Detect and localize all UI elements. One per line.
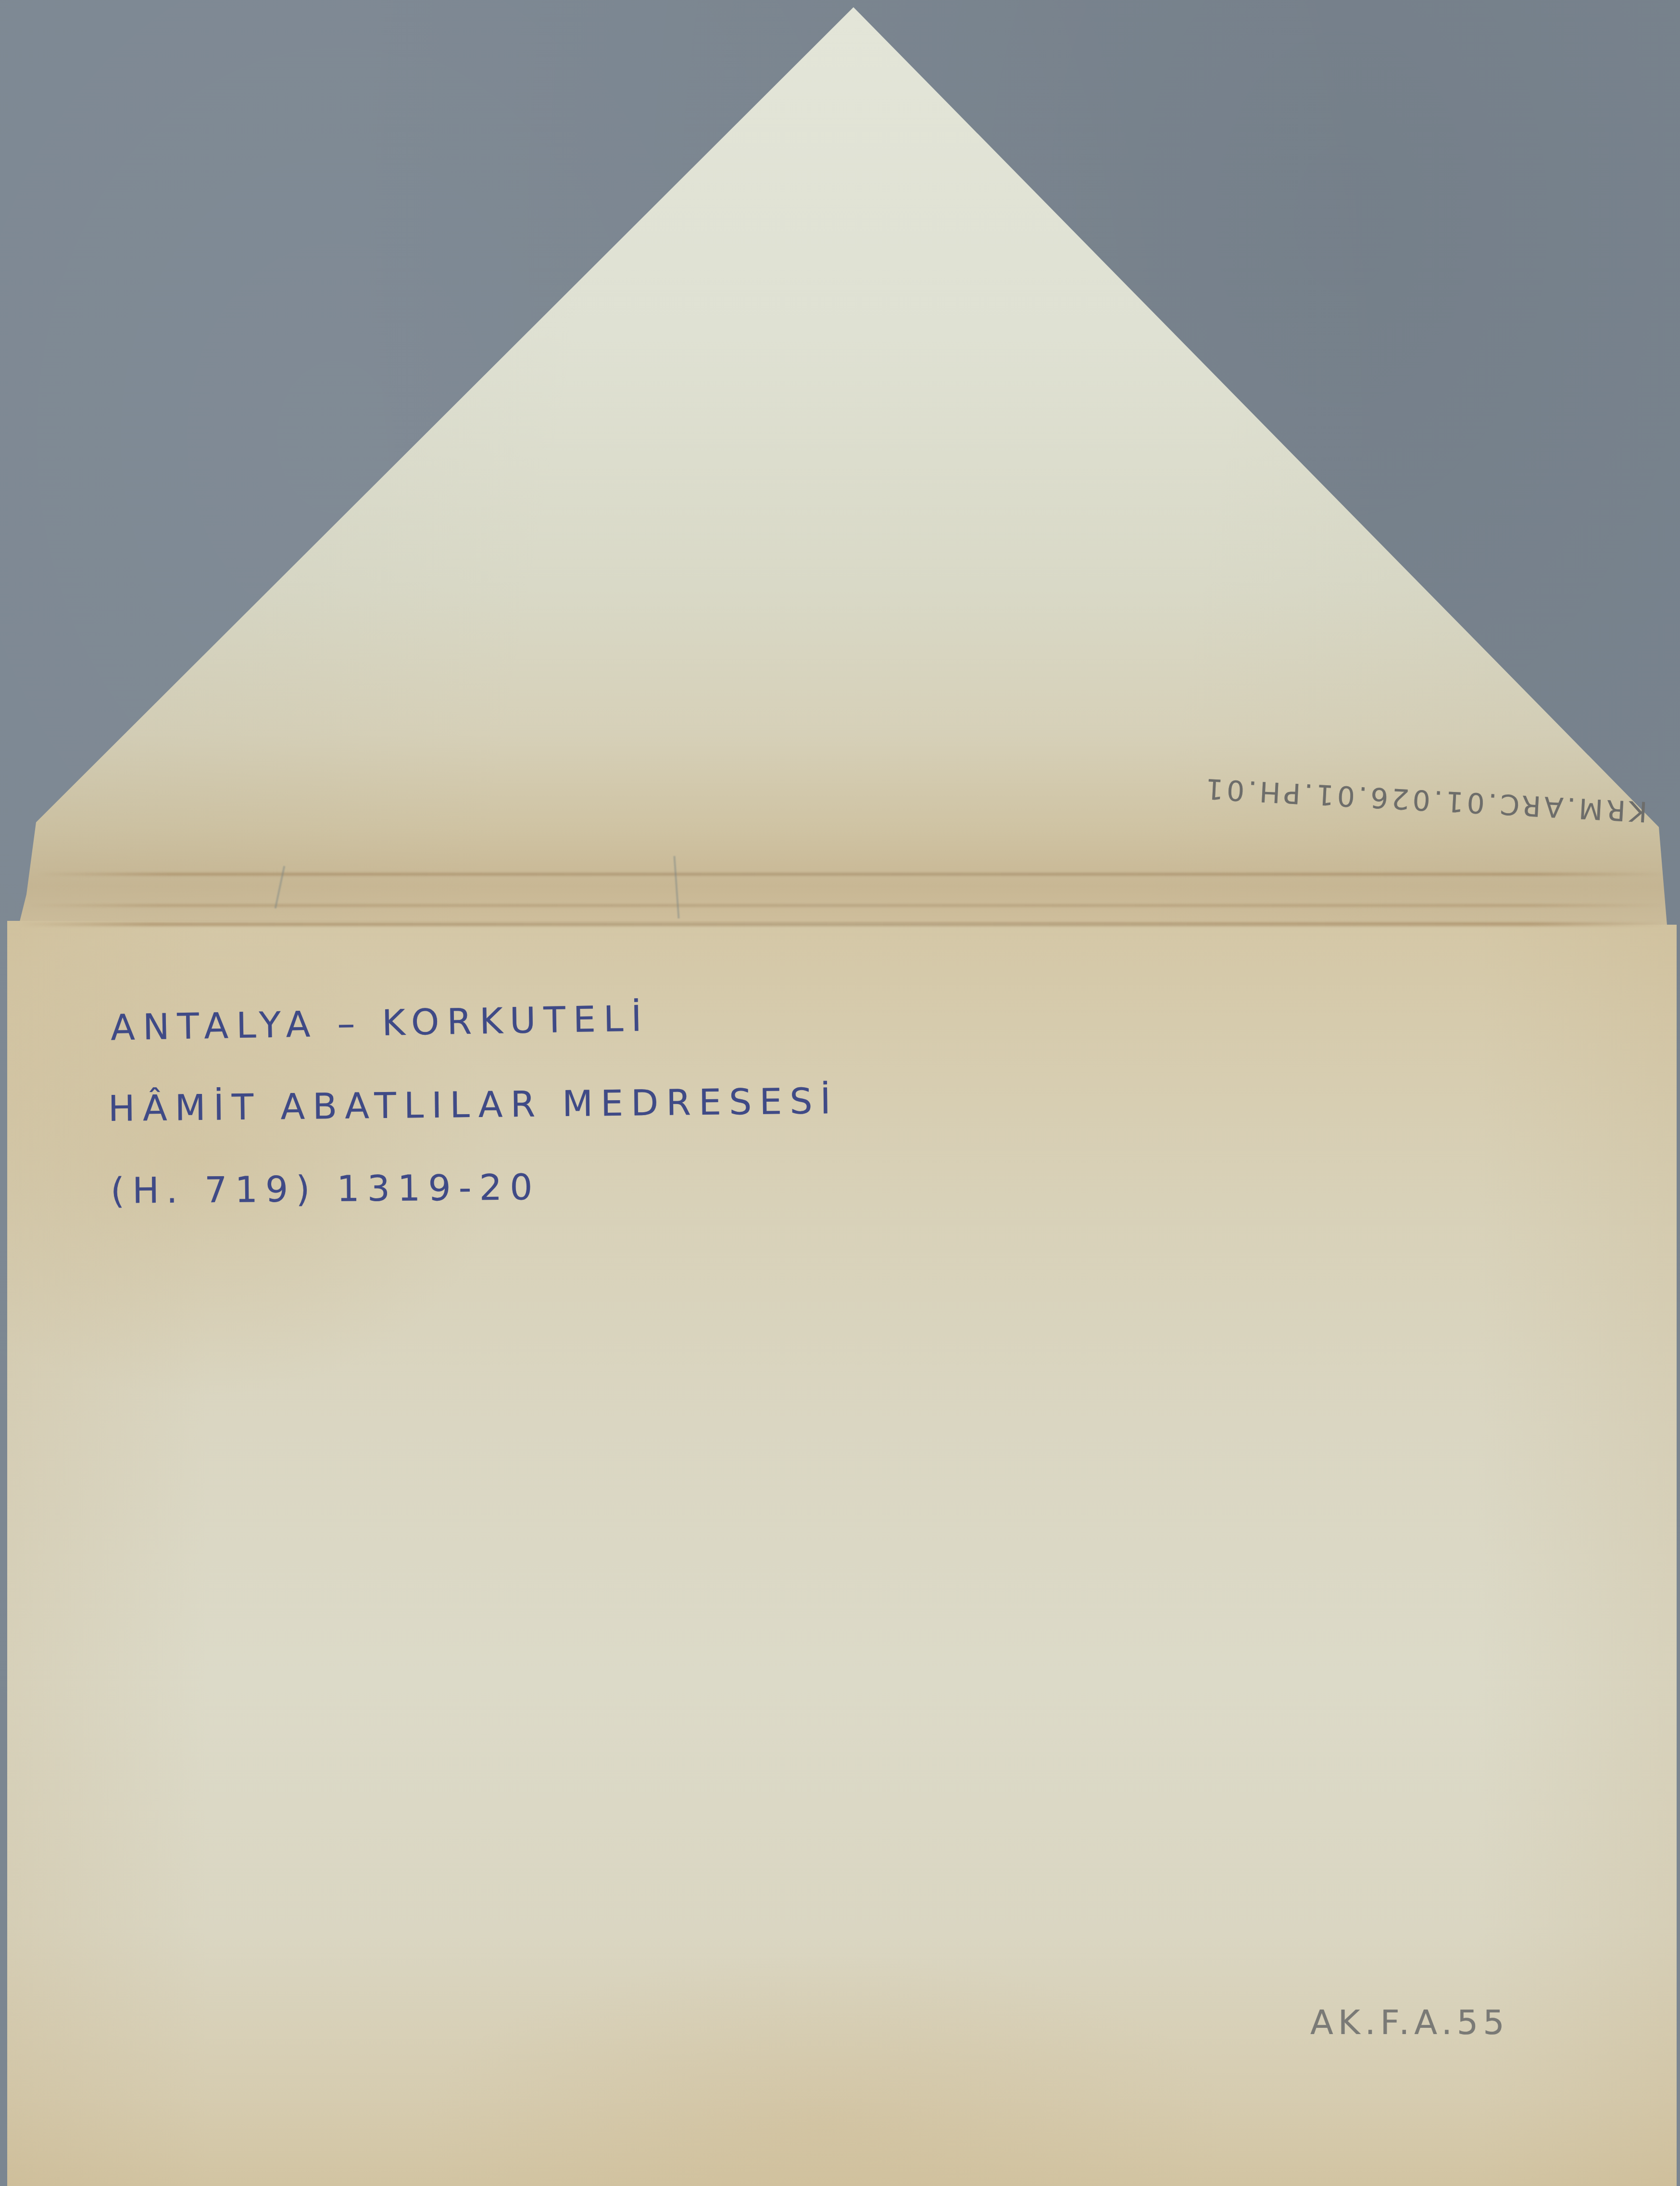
building-name-line: HÂMİT ABATLILAR MEDRESESİ — [108, 1080, 839, 1130]
catalog-number: AK.F.A.55 — [1310, 2003, 1509, 2042]
fold-crease — [19, 922, 1664, 926]
date-line: (H. 719) 1319-20 — [111, 1167, 540, 1212]
fold-crease — [29, 904, 1664, 907]
